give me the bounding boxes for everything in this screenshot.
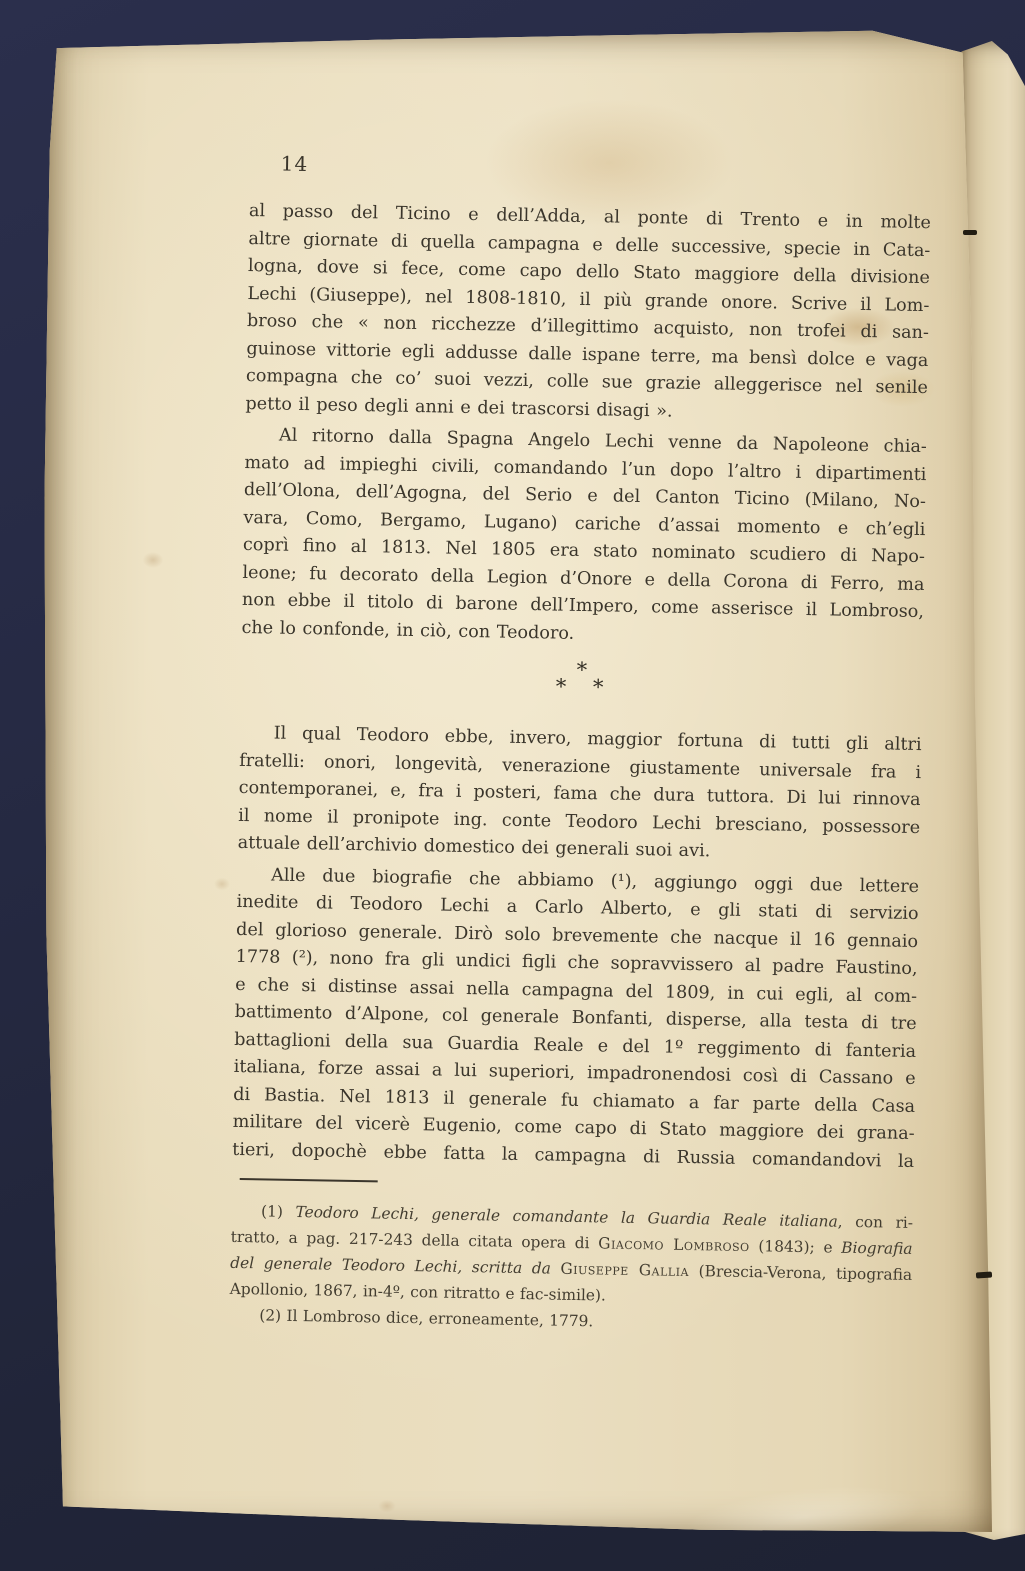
paper-stain [212,876,232,892]
footnotes: (1) Teodoro Lechi, generale comandante l… [229,1198,913,1340]
page-text: 14 al passo del Ticino e dell’Adda, al p… [229,152,932,1340]
paragraph: Il qual Teodoro ebbe, invero, maggior fo… [237,720,921,870]
paragraph: Al ritorno dalla Spagna Angelo Lechi ven… [241,422,927,654]
paper-stain [376,1498,398,1514]
photo-of-book: { "scene": { "background_color": "#262a4… [0,0,1025,1571]
binding-stitch [976,1271,992,1278]
paper-sheen [651,1467,957,1568]
paragraph: al passo del Ticino e dell’Adda, al pont… [245,198,931,430]
binding-stitch [963,230,977,235]
paper-stain [140,550,166,570]
paragraph: Alle due biografie che abbiamo (¹), aggi… [232,861,919,1176]
footnote-rule [240,1178,378,1182]
section-separator: ** * [240,656,923,720]
body-text: al passo del Ticino e dell’Adda, al pont… [232,198,931,1176]
